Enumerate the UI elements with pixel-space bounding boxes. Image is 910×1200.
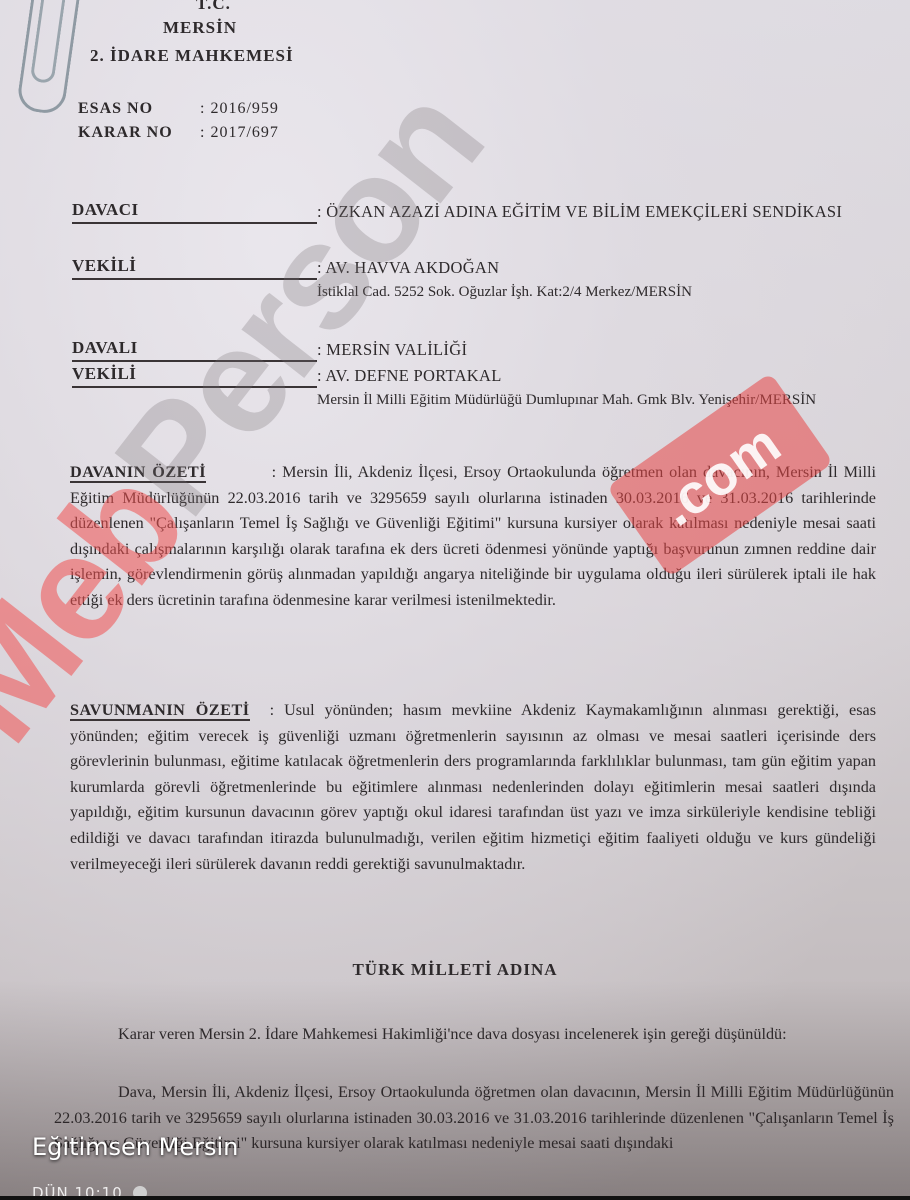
watermark-brand: MebPerson <box>0 58 516 773</box>
savunmanin-ozeti-text: : Usul yönünden; hasım mevkiine Akdeniz … <box>70 701 876 873</box>
bottom-bar <box>0 1196 910 1200</box>
esas-no-value: : 2016/959 <box>200 100 279 117</box>
esas-no: ESAS NO: 2016/959 <box>78 100 279 118</box>
davali-label: DAVALI <box>72 338 317 362</box>
davaci-vekili-address: İstiklal Cad. 5252 Sok. Oğuzlar İşh. Kat… <box>317 280 862 304</box>
document-page: T.C. MERSİN 2. İDARE MAHKEMESİ ESAS NO: … <box>0 0 910 1200</box>
header-tc: T.C. <box>196 0 231 14</box>
davali-value: : MERSİN VALİLİĞİ <box>317 338 862 362</box>
post-author[interactable]: Eğitimsen Mersin <box>32 1133 238 1161</box>
karar-intro: Karar veren Mersin 2. İdare Mahkemesi Ha… <box>54 1022 894 1048</box>
karar-no-label: KARAR NO <box>78 124 200 142</box>
davaci-vekili-value: : AV. HAVVA AKDOĞAN İstiklal Cad. 5252 S… <box>317 256 862 304</box>
davaci-vekili-name: : AV. HAVVA AKDOĞAN <box>317 258 499 277</box>
header-city: MERSİN <box>163 18 237 38</box>
davali-vekili-label: VEKİLİ <box>72 364 317 388</box>
karar-no: KARAR NO: 2017/697 <box>78 124 279 142</box>
davali-vekili-name: : AV. DEFNE PORTAKAL <box>317 366 502 385</box>
section-title: TÜRK MİLLETİ ADINA <box>0 960 910 980</box>
davanin-ozeti-label: DAVANIN ÖZETİ <box>70 463 206 483</box>
header-court: 2. İDARE MAHKEMESİ <box>90 46 294 66</box>
savunmanin-ozeti: SAVUNMANIN ÖZETİ : Usul yönünden; hasım … <box>70 698 876 877</box>
esas-no-label: ESAS NO <box>78 100 200 118</box>
davaci-vekili-label: VEKİLİ <box>72 256 317 280</box>
savunmanin-ozeti-label: SAVUNMANIN ÖZETİ <box>70 701 250 721</box>
karar-no-value: : 2017/697 <box>200 124 279 141</box>
davaci-value: : ÖZKAN AZAZİ ADINA EĞİTİM VE BİLİM EMEK… <box>317 200 862 224</box>
davaci-label: DAVACI <box>72 200 317 224</box>
